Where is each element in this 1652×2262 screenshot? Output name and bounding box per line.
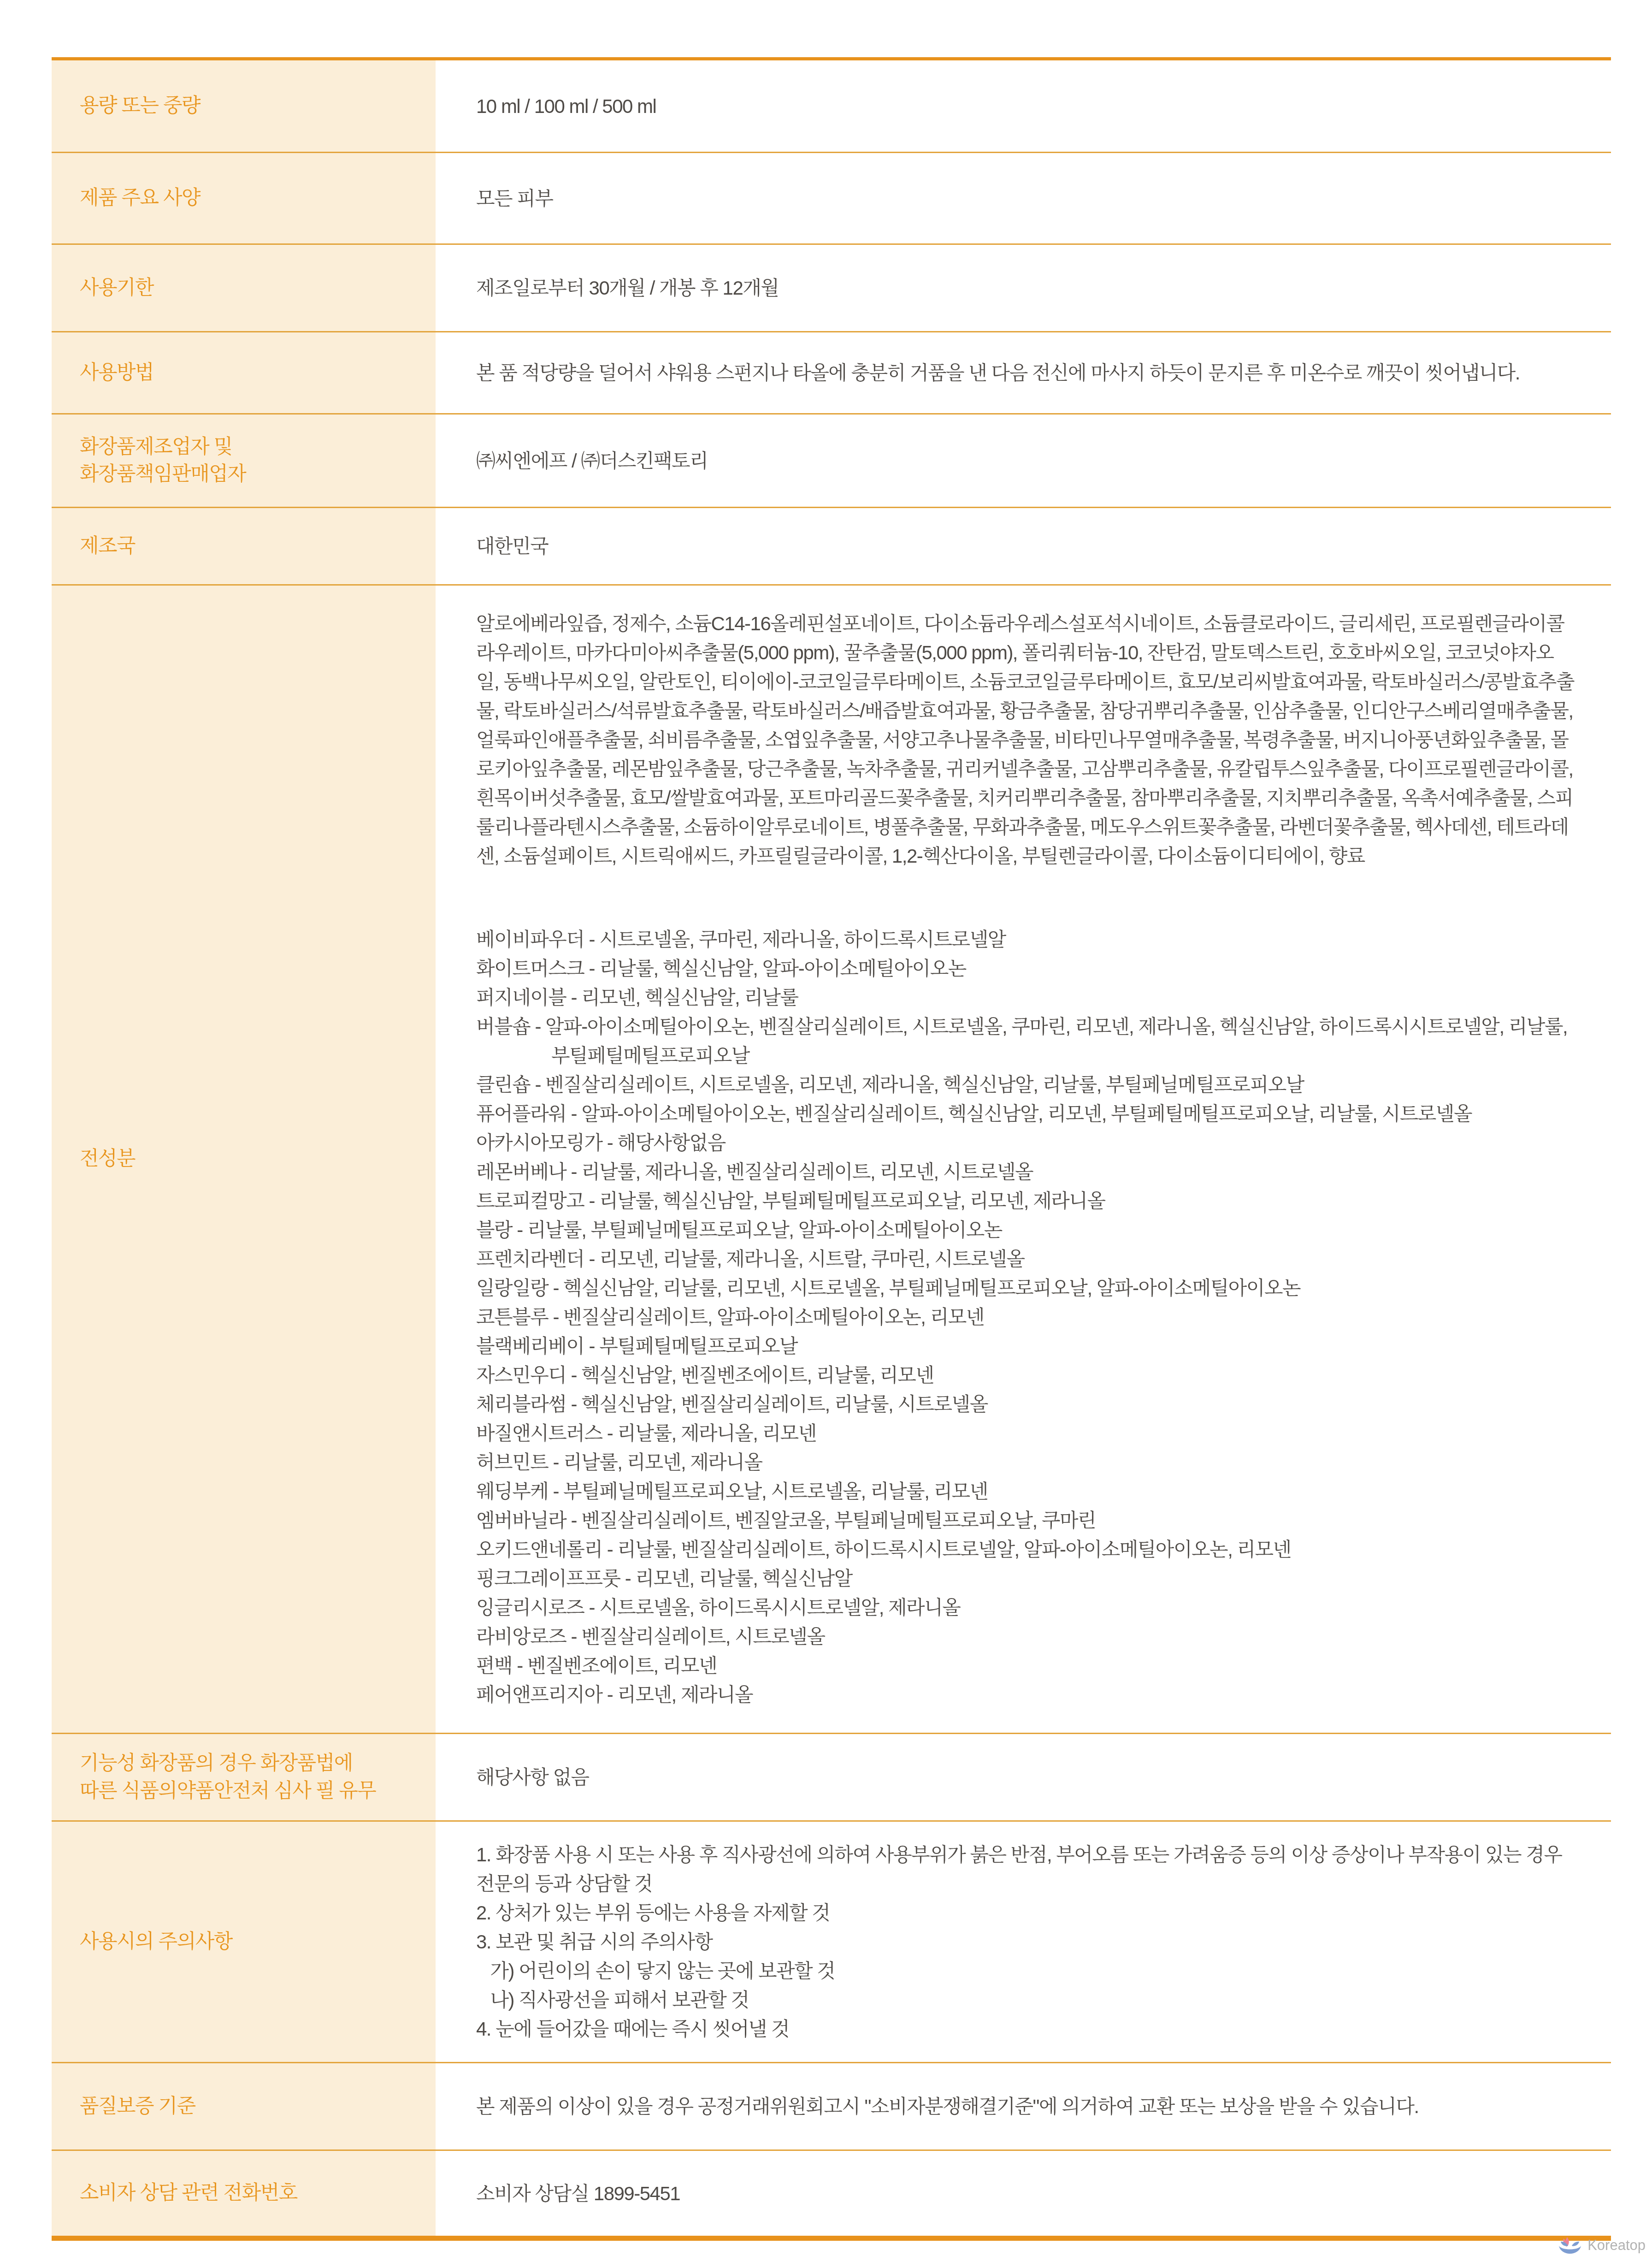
- table-row-functional-review: 기능성 화장품의 경우 화장품법에 따른 식품의약품안전처 심사 필 유무 해당…: [52, 1734, 1611, 1822]
- fragrance-line: 클린숍 - 벤질살리실레이트, 시트로넬올, 리모넨, 제라니올, 헥실신남알,…: [476, 1070, 1574, 1099]
- caution-list: 1. 화장품 사용 시 또는 사용 후 직사광선에 의하여 사용부위가 붉은 반…: [476, 1840, 1574, 2043]
- row-value-cell: 소비자 상담실 1899-5451: [436, 2151, 1611, 2236]
- row-label-warranty: 품질보증 기준: [52, 2063, 436, 2149]
- row-label-customer-service-phone: 소비자 상담 관련 전화번호: [52, 2151, 436, 2236]
- row-value-country: 대한민국: [476, 532, 1574, 561]
- row-value-cell: 대한민국: [436, 508, 1611, 584]
- row-value-cell: 1. 화장품 사용 시 또는 사용 후 직사광선에 의하여 사용부위가 붉은 반…: [436, 1822, 1611, 2062]
- watermark: Koreatop: [1558, 2236, 1646, 2255]
- product-spec-table: 용량 또는 중량 10 ml / 100 ml / 500 ml 제품 주요 사…: [52, 57, 1611, 2241]
- fragrance-line: 레몬버베나 - 리날룰, 제라니올, 벤질살리실레이트, 리모넨, 시트로넬올: [476, 1157, 1574, 1186]
- row-value-cell: 해당사항 없음: [436, 1734, 1611, 1820]
- fragrance-line: 아카시아모링가 - 해당사항없음: [476, 1128, 1574, 1157]
- table-row-country: 제조국 대한민국: [52, 508, 1611, 586]
- table-row-manufacturer: 화장품제조업자 및 화장품책임판매업자 ㈜씨엔에프 / ㈜더스킨팩토리: [52, 415, 1611, 508]
- row-label-functional-review: 기능성 화장품의 경우 화장품법에 따른 식품의약품안전처 심사 필 유무: [52, 1734, 436, 1820]
- row-value-cell: 본 제품의 이상이 있을 경우 공정거래위원회고시 "소비자분쟁해결기준"에 의…: [436, 2063, 1611, 2149]
- row-label-manufacturer: 화장품제조업자 및 화장품책임판매업자: [52, 415, 436, 507]
- table-row-usage: 사용방법 본 품 적당량을 덜어서 샤워용 스펀지나 타올에 충분히 거품을 낸…: [52, 332, 1611, 415]
- row-value-customer-service-phone: 소비자 상담실 1899-5451: [476, 2179, 1574, 2208]
- row-value-cell: 제조일로부터 30개월 / 개봉 후 12개월: [436, 245, 1611, 331]
- table-row-skin-type: 제품 주요 사양 모든 피부: [52, 153, 1611, 245]
- caution-line: 가) 어린이의 손이 닿지 않는 곳에 보관할 것: [476, 1956, 1574, 1985]
- fragrance-line: 코튼블루 - 벤질살리실레이트, 알파-아이소메틸아이오논, 리모넨: [476, 1303, 1574, 1332]
- row-value-skin-type: 모든 피부: [476, 184, 1574, 213]
- row-value-cell: 본 품 적당량을 덜어서 샤워용 스펀지나 타올에 충분히 거품을 낸 다음 전…: [436, 332, 1611, 413]
- row-value-manufacturer: ㈜씨엔에프 / ㈜더스킨팩토리: [476, 446, 1574, 475]
- table-row-customer-service-phone: 소비자 상담 관련 전화번호 소비자 상담실 1899-5451: [52, 2151, 1611, 2236]
- row-label-skin-type: 제품 주요 사양: [52, 153, 436, 243]
- fragrance-line: 블랙베리베이 - 부틸페틸메틸프로피오날: [476, 1332, 1574, 1361]
- table-row-volume: 용량 또는 중량 10 ml / 100 ml / 500 ml: [52, 60, 1611, 153]
- caution-line: 2. 상처가 있는 부위 등에는 사용을 자제할 것: [476, 1898, 1574, 1927]
- fragrance-line: 허브민트 - 리날룰, 리모넨, 제라니올: [476, 1448, 1574, 1477]
- fragrance-line: 핑크그레이프프룻 - 리모넨, 리날룰, 헥실신남알: [476, 1564, 1574, 1593]
- fragrance-line: 퓨어플라워 - 알파-아이소메틸아이오논, 벤질살리실레이트, 헥실신남알, 리…: [476, 1099, 1574, 1128]
- fragrance-line: 엠버바닐라 - 벤질살리실레이트, 벤질알코올, 부틸페닐메틸프로피오날, 쿠마…: [476, 1506, 1574, 1535]
- fragrance-line: 오키드앤네롤리 - 리날룰, 벤질살리실레이트, 하이드록시시트로넬알, 알파-…: [476, 1535, 1574, 1564]
- fragrance-line: 일랑일랑 - 헥실신남알, 리날룰, 리모넨, 시트로넬올, 부틸페닐메틸프로피…: [476, 1273, 1574, 1303]
- row-label-expiry: 사용기한: [52, 245, 436, 331]
- table-row-warranty: 품질보증 기준 본 제품의 이상이 있을 경우 공정거래위원회고시 "소비자분쟁…: [52, 2063, 1611, 2151]
- fragrance-line: 화이트머스크 - 리날룰, 헥실신남알, 알파-아이소메틸아이오논: [476, 954, 1574, 983]
- fragrance-line: 퍼지네이블 - 리모넨, 헥실신남알, 리날룰: [476, 983, 1574, 1012]
- fragrance-line: 잉글리시로즈 - 시트로넬올, 하이드록시시트로넬알, 제라니올: [476, 1593, 1574, 1622]
- row-label-ingredients: 전성분: [52, 586, 436, 1733]
- fragrance-ingredient-list: 베이비파우더 - 시트로넬올, 쿠마린, 제라니올, 하이드록시트로넬알화이트머…: [476, 925, 1574, 1709]
- row-value-functional-review: 해당사항 없음: [476, 1763, 1574, 1792]
- row-value-expiry: 제조일로부터 30개월 / 개봉 후 12개월: [476, 273, 1574, 302]
- fragrance-line: 페어앤프리지아 - 리모넨, 제라니올: [476, 1680, 1574, 1709]
- row-value-cell: 알로에베라잎즙, 정제수, 소듐C14-16올레핀설포네이트, 다이소듐라우레스…: [436, 586, 1611, 1733]
- row-label-usage: 사용방법: [52, 332, 436, 413]
- fragrance-line: 버블숍 - 알파-아이소메틸아이오논, 벤질살리실레이트, 시트로넬올, 쿠마린…: [476, 1012, 1574, 1070]
- fragrance-line: 블랑 - 리날룰, 부틸페닐메틸프로피오날, 알파-아이소메틸아이오논: [476, 1215, 1574, 1244]
- row-label-country: 제조국: [52, 508, 436, 584]
- fragrance-line: 베이비파우더 - 시트로넬올, 쿠마린, 제라니올, 하이드록시트로넬알: [476, 925, 1574, 954]
- fragrance-line: 체리블라썸 - 헥실신남알, 벤질살리실레이트, 리날룰, 시트로넬올: [476, 1390, 1574, 1419]
- row-value-cell: 10 ml / 100 ml / 500 ml: [436, 60, 1611, 152]
- ingredients-spacer: [476, 870, 1574, 925]
- row-value-usage: 본 품 적당량을 덜어서 샤워용 스펀지나 타올에 충분히 거품을 낸 다음 전…: [476, 358, 1574, 387]
- table-row-ingredients: 전성분 알로에베라잎즙, 정제수, 소듐C14-16올레핀설포네이트, 다이소듐…: [52, 586, 1611, 1734]
- table-row-cautions: 사용시의 주의사항 1. 화장품 사용 시 또는 사용 후 직사광선에 의하여 …: [52, 1822, 1611, 2063]
- row-label-volume: 용량 또는 중량: [52, 60, 436, 152]
- fragrance-line: 프렌치라벤더 - 리모넨, 리날룰, 제라니올, 시트랄, 쿠마린, 시트로넬올: [476, 1244, 1574, 1273]
- caution-line: 1. 화장품 사용 시 또는 사용 후 직사광선에 의하여 사용부위가 붉은 반…: [476, 1840, 1574, 1898]
- fragrance-line: 트로피컬망고 - 리날룰, 헥실신남알, 부틸페틸메틸프로피오날, 리모넨, 제…: [476, 1186, 1574, 1215]
- fragrance-line: 바질앤시트러스 - 리날룰, 제라니올, 리모넨: [476, 1419, 1574, 1448]
- caution-line: 나) 직사광선을 피해서 보관할 것: [476, 1985, 1574, 2014]
- lotus-icon: [1558, 2236, 1582, 2255]
- fragrance-line: 자스민우디 - 헥실신남알, 벤질벤조에이트, 리날룰, 리모넨: [476, 1361, 1574, 1390]
- row-value-volume: 10 ml / 100 ml / 500 ml: [476, 92, 1574, 121]
- ingredients-base-text: 알로에베라잎즙, 정제수, 소듐C14-16올레핀설포네이트, 다이소듐라우레스…: [476, 609, 1574, 870]
- caution-line: 3. 보관 및 취급 시의 주의사항: [476, 1927, 1574, 1956]
- row-value-cell: 모든 피부: [436, 153, 1611, 243]
- watermark-label: Koreatop: [1587, 2237, 1646, 2254]
- fragrance-line: 웨딩부케 - 부틸페닐메틸프로피오날, 시트로넬올, 리날룰, 리모넨: [476, 1477, 1574, 1506]
- row-label-cautions: 사용시의 주의사항: [52, 1822, 436, 2062]
- fragrance-line: 편백 - 벤질벤조에이트, 리모넨: [476, 1651, 1574, 1680]
- table-row-expiry: 사용기한 제조일로부터 30개월 / 개봉 후 12개월: [52, 245, 1611, 332]
- fragrance-line: 라비앙로즈 - 벤질살리실레이트, 시트로넬올: [476, 1622, 1574, 1651]
- row-value-warranty: 본 제품의 이상이 있을 경우 공정거래위원회고시 "소비자분쟁해결기준"에 의…: [476, 2092, 1574, 2121]
- caution-line: 4. 눈에 들어갔을 때에는 즉시 씻어낼 것: [476, 2014, 1574, 2043]
- row-value-cell: ㈜씨엔에프 / ㈜더스킨팩토리: [436, 415, 1611, 507]
